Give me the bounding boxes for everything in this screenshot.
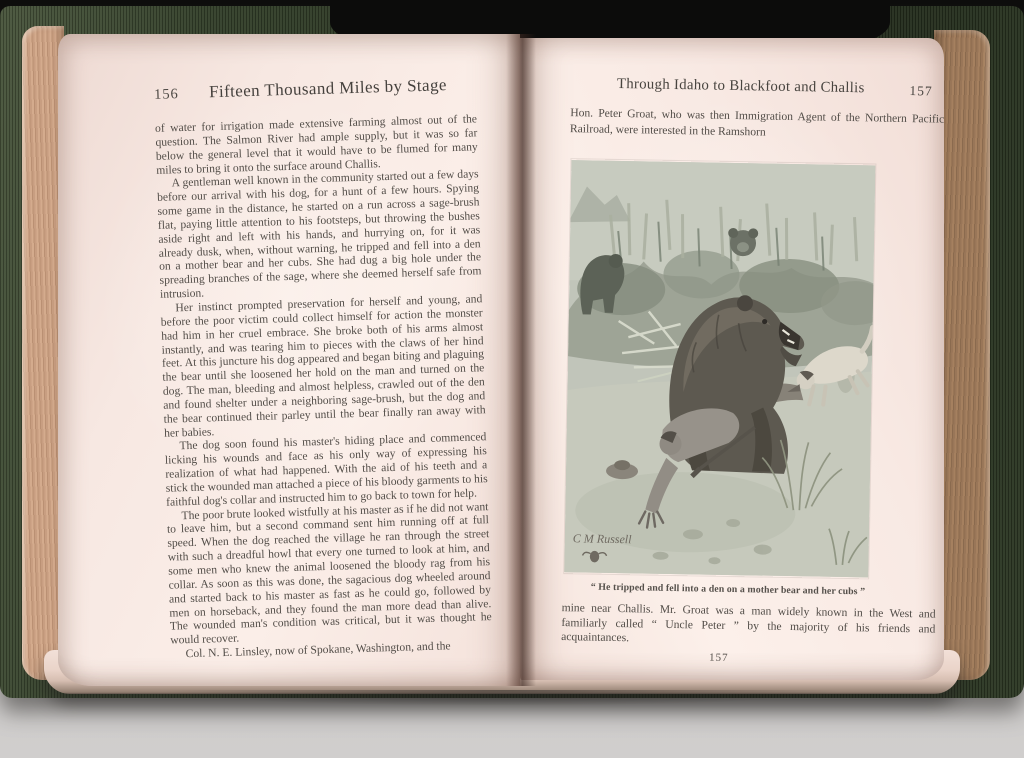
left-page: 156 Fifteen Thousand Miles by Stage of w…	[58, 34, 520, 686]
right-running-title: Through Idaho to Blackfoot and Challis	[571, 75, 944, 99]
paragraph: of water for irrigation made extensive f…	[155, 112, 479, 177]
left-running-title: Fifteen Thousand Miles by Stage	[154, 74, 476, 104]
book-gutter	[506, 34, 536, 686]
paragraph: Her instinct prompted preservation for h…	[160, 292, 486, 440]
left-page-header: 156 Fifteen Thousand Miles by Stage	[154, 74, 477, 106]
photo-of-open-book: 156 Fifteen Thousand Miles by Stage of w…	[0, 0, 1024, 758]
left-page-text: of water for irrigation made extensive f…	[155, 112, 493, 679]
illustration-bear-attack: C M Russell	[564, 159, 875, 578]
halftone-plate: C M Russell	[564, 159, 875, 578]
artist-signature: C M Russell	[573, 531, 633, 546]
paragraph: The poor brute looked wistfully at his m…	[166, 500, 492, 648]
bottom-folio: 157	[561, 649, 877, 667]
plate-caption: “ He tripped and fell into a den on a mo…	[540, 581, 916, 599]
right-page: Through Idaho to Blackfoot and Challis 1…	[520, 38, 944, 680]
right-folio: 157	[909, 83, 933, 99]
paragraph: A gentleman well known in the community …	[157, 168, 483, 302]
right-page-header: Through Idaho to Blackfoot and Challis 1…	[571, 75, 944, 102]
cast-shadow	[30, 690, 974, 712]
closing-paragraph: mine near Challis. Mr. Groat was a man w…	[561, 601, 936, 651]
intro-paragraph: Hon. Peter Groat, who was then Immigrati…	[570, 105, 944, 143]
left-folio: 156	[154, 86, 179, 104]
paragraph: The dog soon found his master's hiding p…	[164, 431, 488, 510]
